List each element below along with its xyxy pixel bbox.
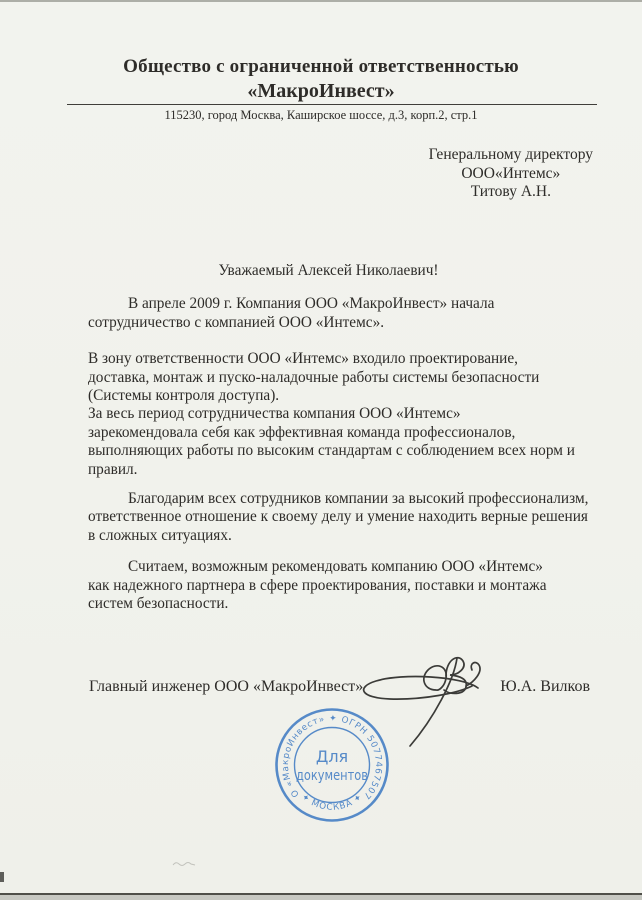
pencil-mark <box>172 860 196 868</box>
letterhead-org-name: «МакроИнвест» <box>0 79 642 103</box>
paragraph-thanks: Благодарим всех сотрудников компании за … <box>88 490 605 545</box>
stamp-center-line2: документов <box>296 768 368 784</box>
scan-edge-bottom-fill <box>0 895 642 900</box>
letterhead-org-type: Общество с ограниченной ответственностью <box>0 55 642 79</box>
company-stamp: ООО «МакроИнвест» ✦ ОГРН 507746750758 ✦ … <box>270 703 394 827</box>
signoff-name: Ю.А. Вилков <box>500 678 590 696</box>
letterhead: Общество с ограниченной ответственностью… <box>0 55 642 103</box>
paragraph-recommendation: Считаем, возможным рекомендовать компани… <box>88 558 605 613</box>
scan-corner-mark <box>0 872 4 882</box>
letter-body: Уважаемый Алексей Николаевич! В апреле 2… <box>88 262 605 614</box>
paragraph-scope: В зону ответственности ООО «Интемс» вход… <box>88 350 605 479</box>
stamp-center-line1: Для <box>316 747 348 766</box>
paragraph-intro: В апреле 2009 г. Компания ООО «МакроИнве… <box>88 295 605 332</box>
signoff-position: Главный инженер ООО «МакроИнвест» <box>89 678 363 696</box>
letterhead-address: 115230, город Москва, Каширское шоссе, д… <box>0 107 642 124</box>
salutation: Уважаемый Алексей Николаевич! <box>88 262 605 280</box>
scanned-letter-page: Общество с ограниченной ответственностью… <box>0 0 642 900</box>
letterhead-rule <box>67 104 597 105</box>
scan-edge-top <box>0 0 642 2</box>
addressee-block: Генеральному директору ООО«Интемс» Титов… <box>429 146 593 202</box>
